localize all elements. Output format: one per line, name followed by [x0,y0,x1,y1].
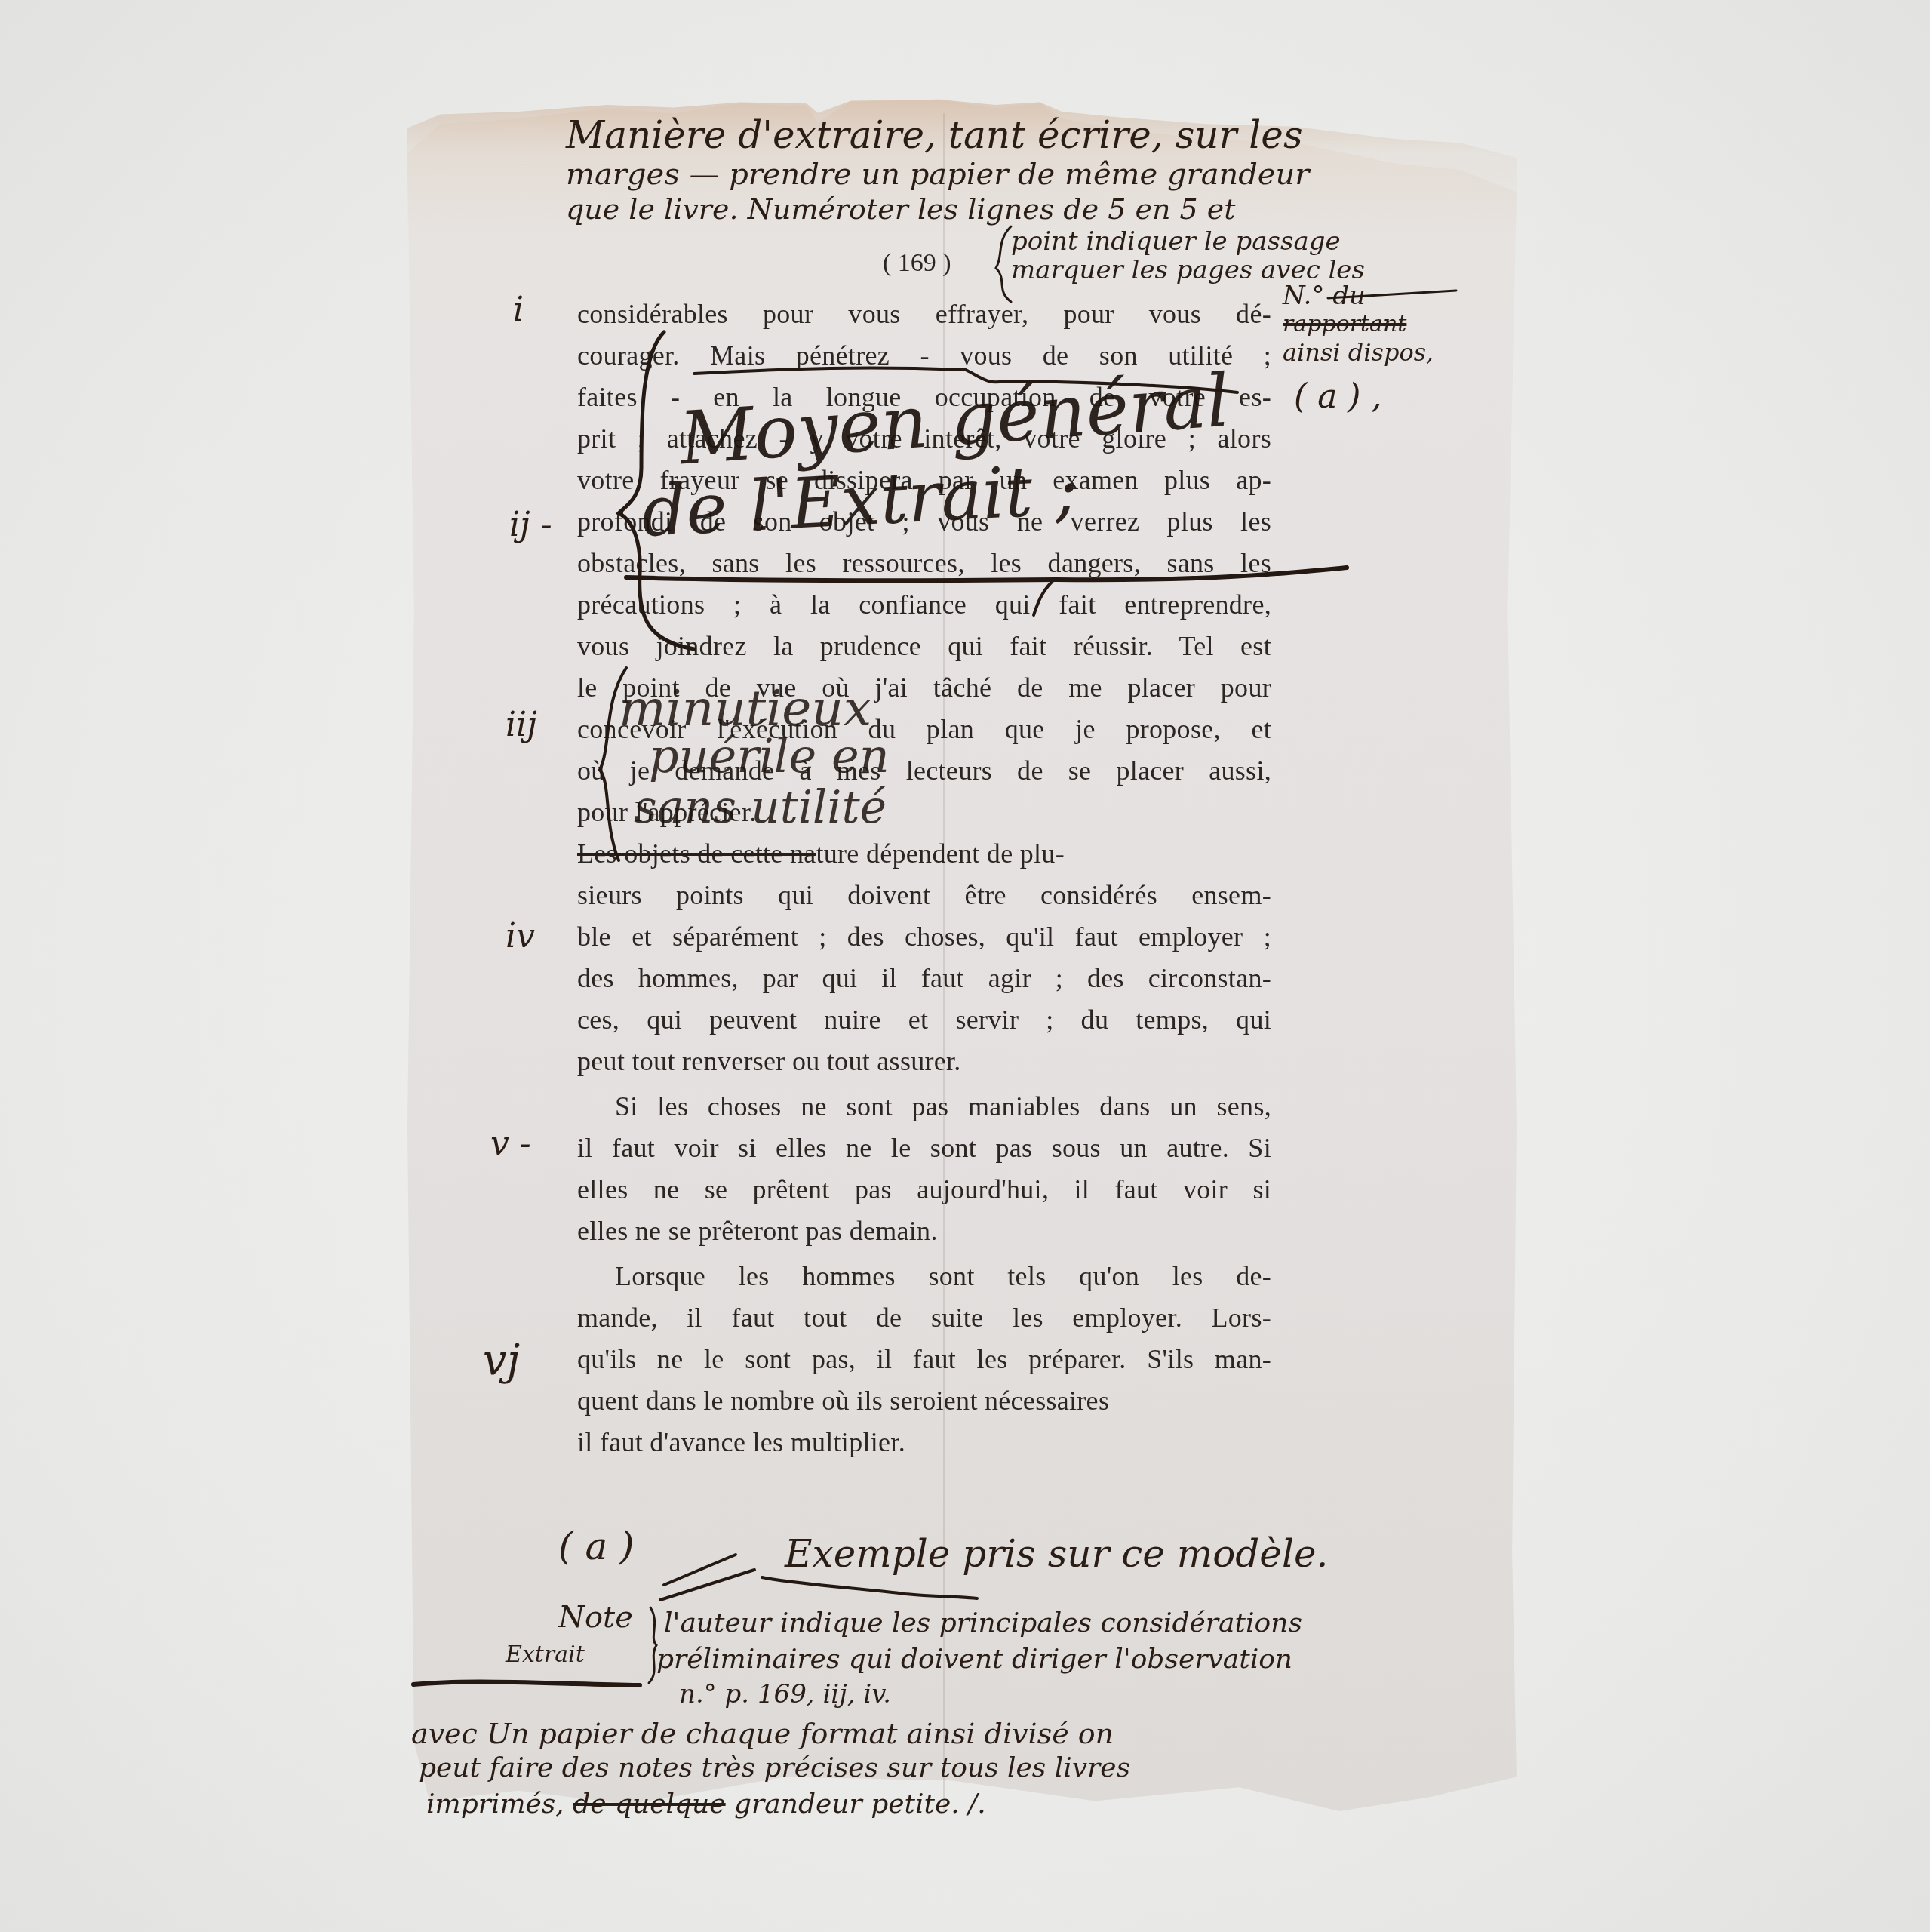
print-line-8: précautions ; à la confiance qui fait en… [577,589,1271,620]
final-line-3: imprimés, de quelque grandeur petite. /. [426,1789,986,1820]
paragraph-3-line-1: Si les choses ne sont pas maniables dans… [577,1091,1271,1122]
note-label: Note [558,1600,633,1635]
paragraph-2-line-5: ces, qui peuvent nuire et servir ; du te… [577,1004,1271,1035]
note-line-3: n.° p. 169, iij, iv. [679,1679,891,1709]
note-line-1: l'auteur indique les principales considé… [664,1607,1302,1638]
footer-title: Exemple pris sur ce modèle. [785,1532,1328,1576]
final-line-3-a: imprimés, [426,1789,564,1820]
final-line-3-struck: de quelque [573,1789,725,1820]
paragraph-3-line-4: elles ne se prêteront pas demain. [577,1215,1271,1247]
bracket-note-line-5: ainsi dispos, [1283,338,1434,367]
header-line-1: Manière d'extraire, tant écrire, sur les [566,113,1303,157]
header-line-2: marges — prendre un papier de même grand… [566,157,1309,192]
footer-ref-a: ( a ) [558,1524,635,1568]
page-number: ( 169 ) [883,249,951,278]
paragraph-3-line-2: il faut voir si elles ne le sont pas sou… [577,1132,1271,1164]
paragraph-2-line-1-rest: ture dépendent de plu- [816,838,1064,869]
footnote-ref-a: ( a ) , [1294,377,1382,416]
bracket-note-line-3: N.° du [1283,281,1366,311]
paragraph-4-line-3: qu'ils ne le sont pas, il faut les prépa… [577,1343,1271,1375]
final-line-2: peut faire des notes très précises sur t… [419,1752,1130,1783]
extrait-label: Extrait [506,1641,585,1668]
struck-phrase: Les objets de cette na [577,838,816,869]
margin-mark-iv: iv [506,917,535,955]
margin-mark-vj: vj [483,1336,520,1385]
paragraph-4-line-5: il faut d'avance les multiplier. [577,1426,1271,1458]
paragraph-2-first-line: Les objets de cette nature dépendent de … [577,838,1271,869]
paragraph-2-line-2: sieurs points qui doivent être considéré… [577,879,1271,911]
print-line-7: obstacles, sans les ressources, les dang… [577,547,1271,579]
paragraph-3-line-3: elles ne se prêtent pas aujourd'hui, il … [577,1174,1271,1205]
bracket-note-line-4-struck: rapportant [1283,311,1406,337]
header-line-3: que le livre. Numéroter les lignes de 5 … [566,192,1236,226]
paragraph-2-line-4: des hommes, par qui il faut agir ; des c… [577,962,1271,994]
bracket-note-line-1: point indiquer le passage [1011,226,1341,257]
overlay-sans-utilite: sans utilité [634,781,887,834]
note-line-2: préliminaires qui doivent diriger l'obse… [656,1644,1292,1675]
paragraph-4-line-2: mande, il faut tout de suite les employe… [577,1302,1271,1334]
final-line-3-b: grandeur petite. /. [734,1789,986,1820]
paragraph-4-line-4: quent dans le nombre où ils seroient néc… [577,1385,1271,1417]
margin-mark-iij: iij [506,706,537,744]
print-line-9: vous joindrez la prudence qui fait réuss… [577,630,1271,662]
margin-mark-ij: ij - [509,506,552,544]
overlay-pueril-en: puérile en [649,728,890,783]
margin-mark-i: i [513,291,524,329]
paragraph-2-line-3: ble et séparément ; des choses, qu'il fa… [577,921,1271,952]
final-line-1: avec Un papier de chaque format ainsi di… [411,1717,1114,1750]
margin-mark-v: v - [490,1124,531,1163]
paragraph-2-line-6: peut tout renverser ou tout assurer. [577,1045,1271,1077]
paragraph-4-line-1: Lorsque les hommes sont tels qu'on les d… [577,1260,1271,1292]
print-line-1: considérables pour vous effrayer, pour v… [577,298,1271,330]
